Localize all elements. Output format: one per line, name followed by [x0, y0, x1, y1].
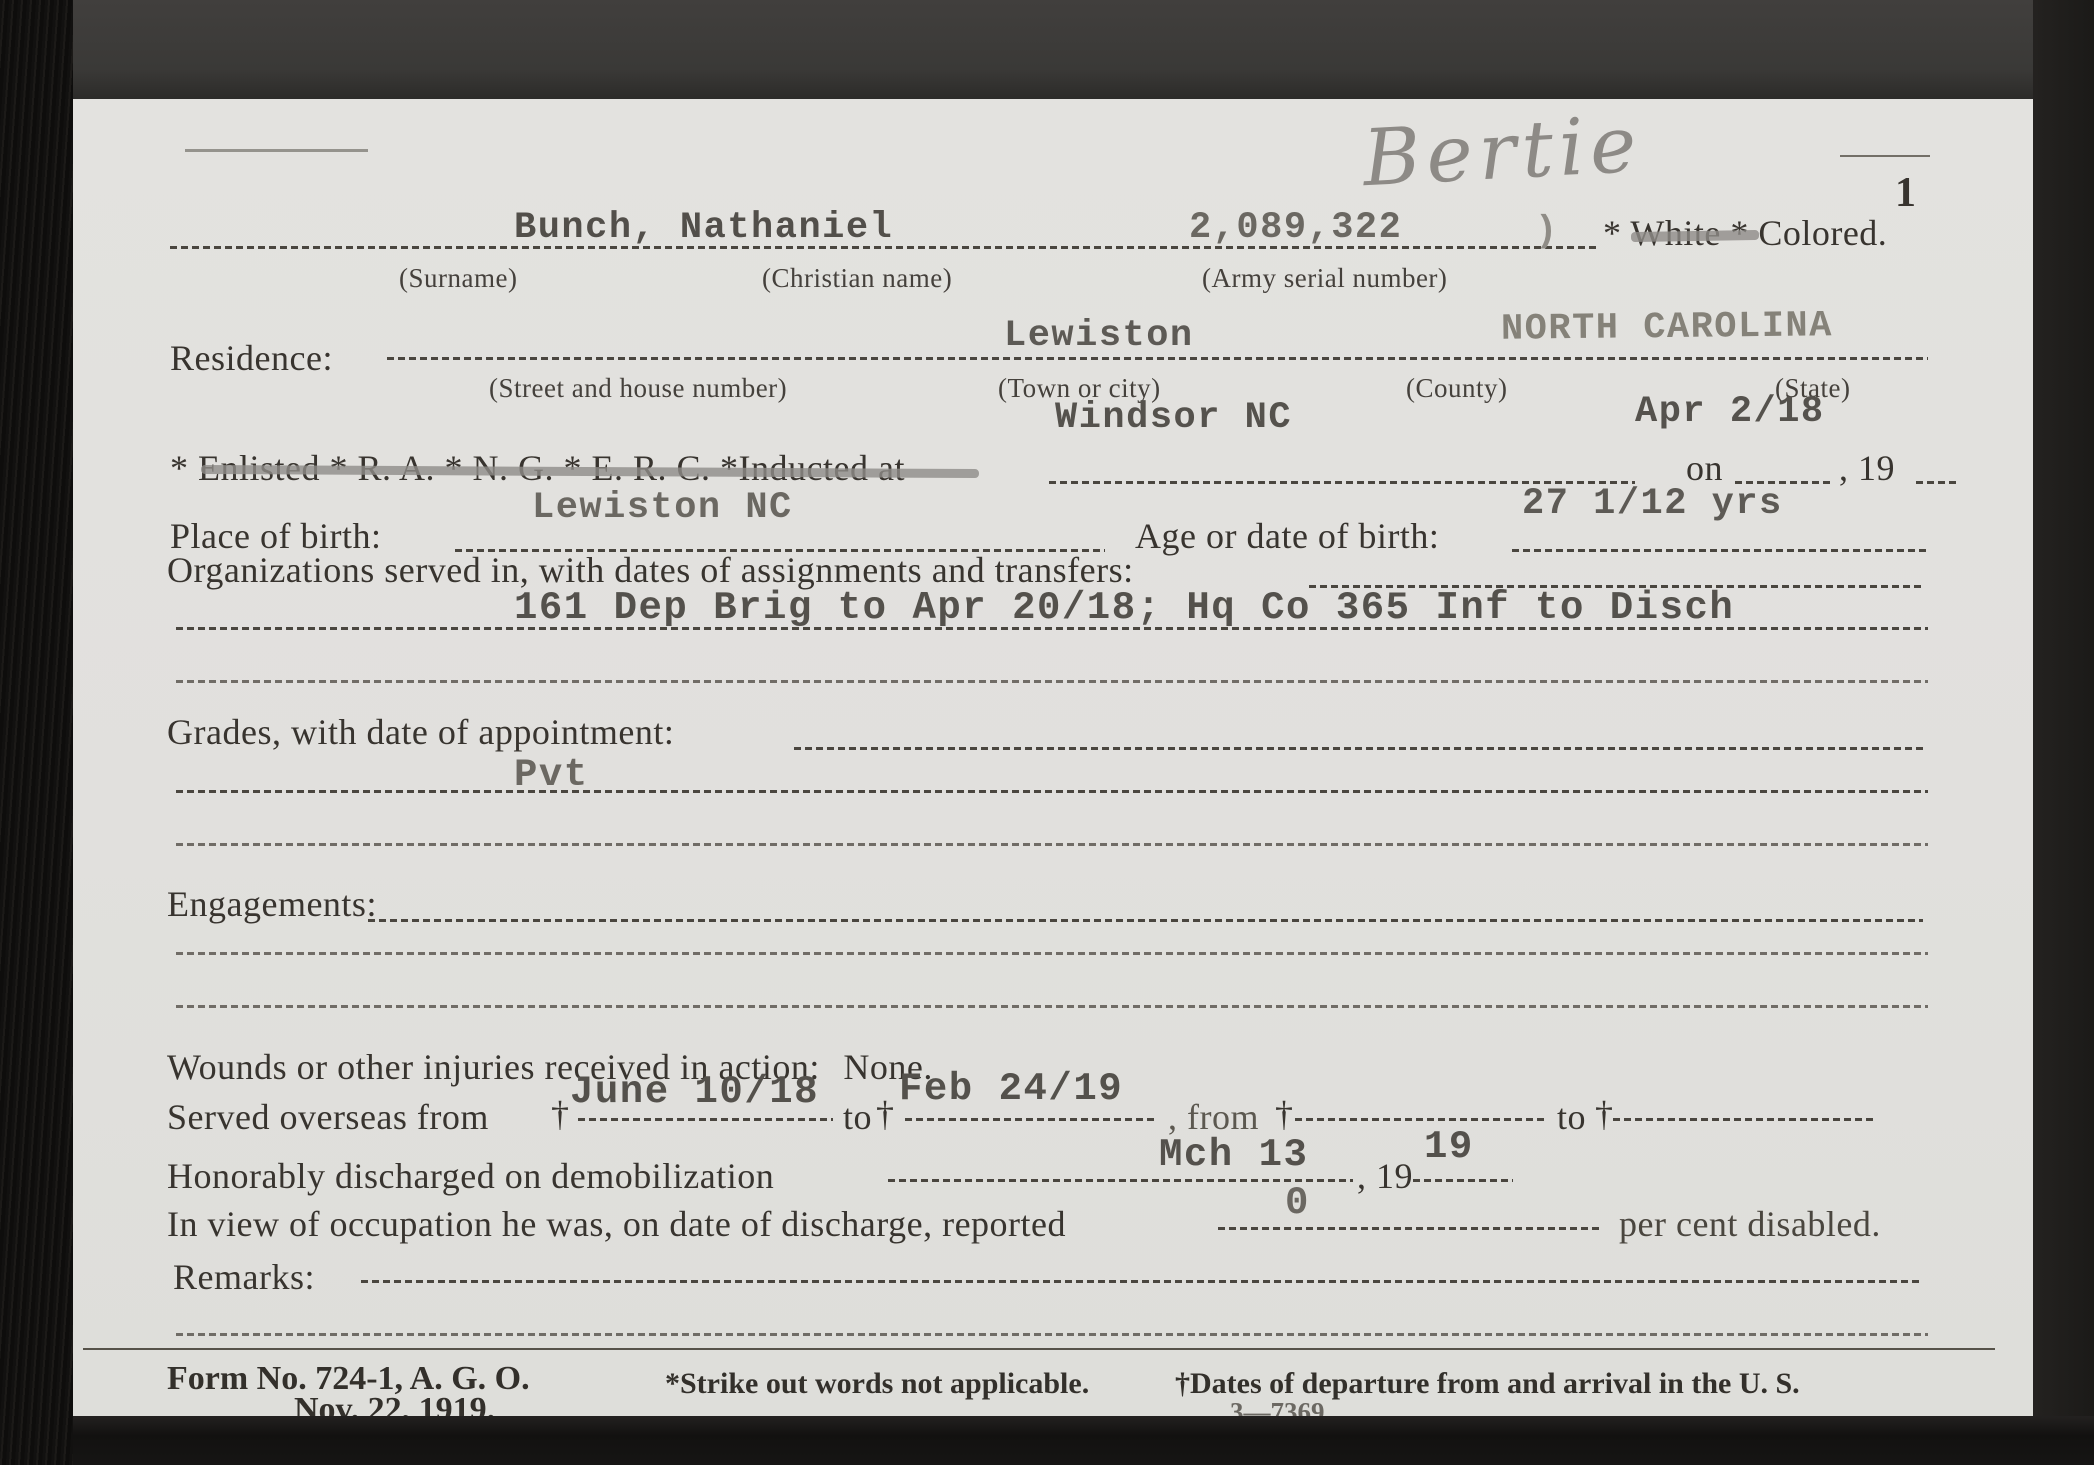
disability-suffix: per cent disabled. — [1619, 1203, 1881, 1245]
age-value: 27 1/12 yrs — [1522, 483, 1783, 525]
serial-value: 2,089,322 — [1189, 207, 1402, 249]
overseas-rule-1 — [578, 1118, 833, 1121]
disability-rule — [1218, 1227, 1601, 1230]
overseas-to-label-2: to — [1557, 1096, 1586, 1138]
organizations-value: 161 Dep Brig to Apr 20/18; Hq Co 365 Inf… — [514, 586, 1734, 630]
organizations-rule-3 — [176, 680, 1928, 683]
county-label: (County) — [1406, 373, 1508, 404]
grades-rule-3 — [176, 843, 1928, 846]
remarks-label: Remarks: — [173, 1256, 315, 1298]
print-code-clip: 3—7369 — [1230, 1397, 1370, 1416]
age-rule — [1512, 549, 1928, 552]
stray-mark: ) — [1535, 211, 1559, 253]
discharge-date-value: Mch 13 — [1159, 1133, 1308, 1177]
discharge-19-label: , 19 — [1357, 1155, 1413, 1197]
county-handwriting: Bertie — [1361, 100, 1645, 204]
birth-place-value: Lewiston NC — [532, 487, 793, 529]
overseas-dagger-1: † — [551, 1093, 570, 1135]
overseas-dagger-3: † — [1275, 1093, 1294, 1135]
footer-dashed-rule — [176, 1333, 1928, 1336]
engagements-rule-3 — [176, 1005, 1928, 1008]
residence-label: Residence: — [170, 337, 333, 379]
scan-border-top — [0, 0, 2094, 99]
surname-value: Bunch, Nathaniel — [514, 207, 893, 249]
stray-line — [185, 149, 368, 152]
disability-value: 0 — [1285, 1181, 1310, 1225]
overseas-dagger-2: † — [876, 1093, 895, 1135]
overseas-label: Served overseas from — [167, 1096, 489, 1138]
grades-rule-2 — [176, 790, 1928, 793]
discharge-year-value: 19 — [1424, 1125, 1474, 1169]
overseas-rule-3 — [1295, 1118, 1547, 1121]
residence-rule — [387, 357, 1928, 360]
scan-border-right — [2033, 0, 2094, 1465]
discharge-label: Honorably discharged on demobilization — [167, 1155, 774, 1197]
overseas-from1-value: June 10/18 — [570, 1070, 819, 1114]
grades-rule-1 — [794, 747, 1923, 750]
age-label: Age or date of birth: — [1135, 515, 1439, 557]
overseas-to-label-1: to — [843, 1096, 872, 1138]
discharge-rule-1 — [888, 1179, 1353, 1182]
year-19-label: , 19 — [1839, 447, 1895, 489]
strike-note: *Strike out words not applicable. — [665, 1367, 1089, 1401]
organizations-rule-2 — [176, 627, 1928, 630]
residence-state-value: NORTH CAROLINA — [1501, 305, 1833, 350]
page-number-rule — [1840, 155, 1930, 157]
overseas-rule-4 — [1613, 1118, 1877, 1121]
engagements-label: Engagements: — [167, 883, 377, 925]
engagements-rule-2 — [176, 952, 1928, 955]
inducted-place-value: Windsor NC — [1055, 397, 1292, 439]
christian-name-label: (Christian name) — [762, 263, 952, 294]
overseas-rule-2 — [905, 1118, 1155, 1121]
inducted-date-value: Apr 2/18 — [1635, 391, 1825, 433]
organizations-label: Organizations served in, with dates of a… — [167, 549, 1134, 591]
street-label: (Street and house number) — [489, 373, 787, 404]
service-record-card: Bertie 1 Bunch, Nathaniel 2,089,322 ) * … — [73, 99, 2033, 1420]
engagements-rule-1 — [368, 919, 1923, 922]
scan-border-left — [0, 0, 73, 1465]
page-number: 1 — [1895, 169, 1917, 217]
discharge-rule-2 — [1413, 1179, 1513, 1182]
overseas-to1-value: Feb 24/19 — [899, 1067, 1123, 1111]
disability-label: In view of occupation he was, on date of… — [167, 1203, 1066, 1245]
print-code: 3—7369 — [1230, 1397, 1325, 1416]
year-rule — [1916, 481, 1958, 484]
scan-border-bottom — [0, 1416, 2094, 1465]
surname-label: (Surname) — [399, 263, 517, 294]
induction-star: * — [170, 448, 198, 488]
serial-number-label: (Army serial number) — [1202, 263, 1447, 294]
residence-town-value: Lewiston — [1004, 315, 1194, 357]
footer-solid-rule — [83, 1348, 1995, 1350]
grades-label: Grades, with date of appointment: — [167, 711, 674, 753]
overseas-from2-label: , from — [1168, 1096, 1259, 1138]
overseas-dagger-4: † — [1595, 1093, 1614, 1135]
remarks-rule — [361, 1280, 1923, 1283]
dates-note: †Dates of departure from and arrival in … — [1175, 1367, 1800, 1401]
